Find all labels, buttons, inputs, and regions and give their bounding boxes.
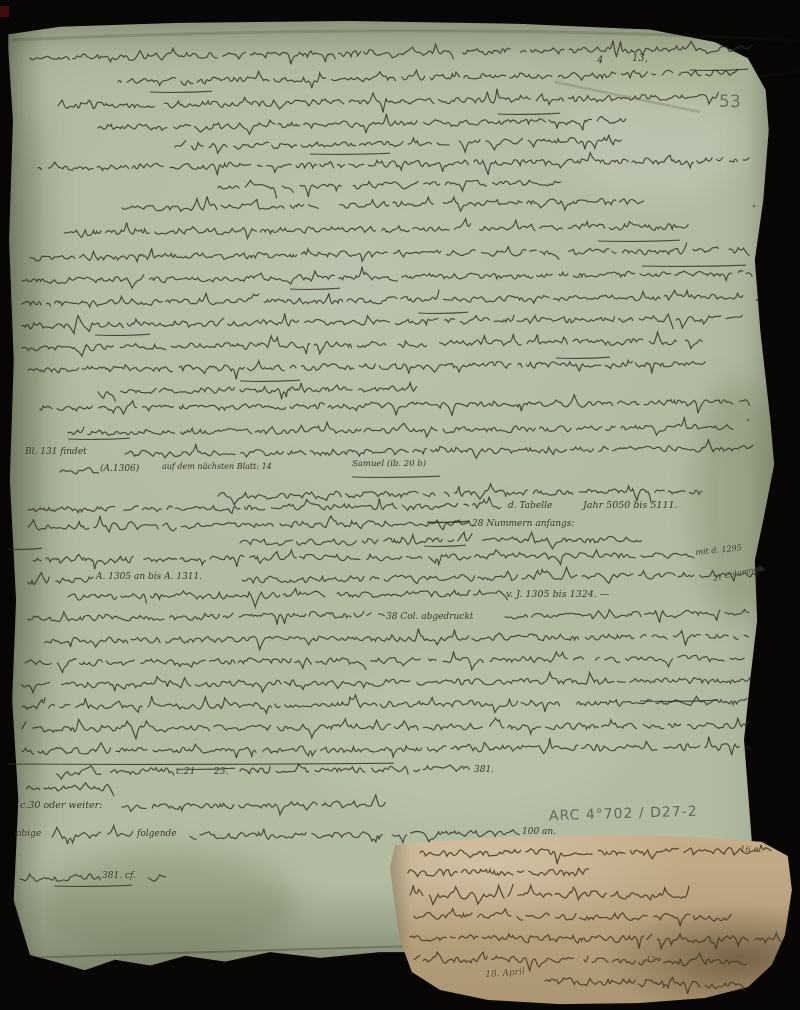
red-corner-mark xyxy=(0,6,9,17)
paper-stain xyxy=(692,380,782,620)
legible-fragment: auf dem nächsten Blatt: 14 xyxy=(162,462,272,471)
page-number: 53 xyxy=(719,92,741,112)
legible-fragment: 23. xyxy=(214,767,228,777)
legible-fragment: obige xyxy=(16,829,41,839)
legible-fragment: folgende xyxy=(137,829,177,839)
legible-fragment: (A.1306) xyxy=(100,464,139,474)
legible-fragment: 15 xyxy=(646,955,656,964)
legible-fragment: 4 xyxy=(597,55,603,66)
legible-fragment: Jahr 5050 bis 5111. xyxy=(583,500,678,511)
legible-fragment: 38 Col. abgedruckt xyxy=(386,612,473,622)
paper-stain xyxy=(10,110,50,830)
legible-fragment: c.21 xyxy=(176,767,195,777)
legible-fragment: Samuel (ib. 20 b) xyxy=(352,459,426,469)
paper-stain xyxy=(306,660,626,820)
legible-fragment: 381. cf. xyxy=(102,871,136,881)
legible-fragment: 16 a. xyxy=(740,845,761,855)
legible-fragment: 28 Nummern anfangs: xyxy=(472,519,574,529)
legible-fragment: v. J. 1305 bis 1324. — xyxy=(506,589,609,600)
legible-fragment: 381. xyxy=(474,765,494,775)
legible-fragment: d. Tabelle xyxy=(508,501,552,511)
legible-fragment: 100 an. xyxy=(522,827,556,837)
paper-stain xyxy=(36,850,296,960)
legible-fragment: Bl. 131 findet xyxy=(25,447,87,457)
attached-note xyxy=(386,830,796,1008)
manuscript-scan: 413,Bl. 131 findet(A.1306)auf dem nächst… xyxy=(0,0,800,1010)
manuscript-page xyxy=(6,20,778,976)
legible-fragment: 13, xyxy=(632,53,648,64)
legible-fragment: c.30 oder weiter: xyxy=(20,800,102,811)
legible-fragment: A. 1305 an bis A. 1311. xyxy=(96,572,202,582)
